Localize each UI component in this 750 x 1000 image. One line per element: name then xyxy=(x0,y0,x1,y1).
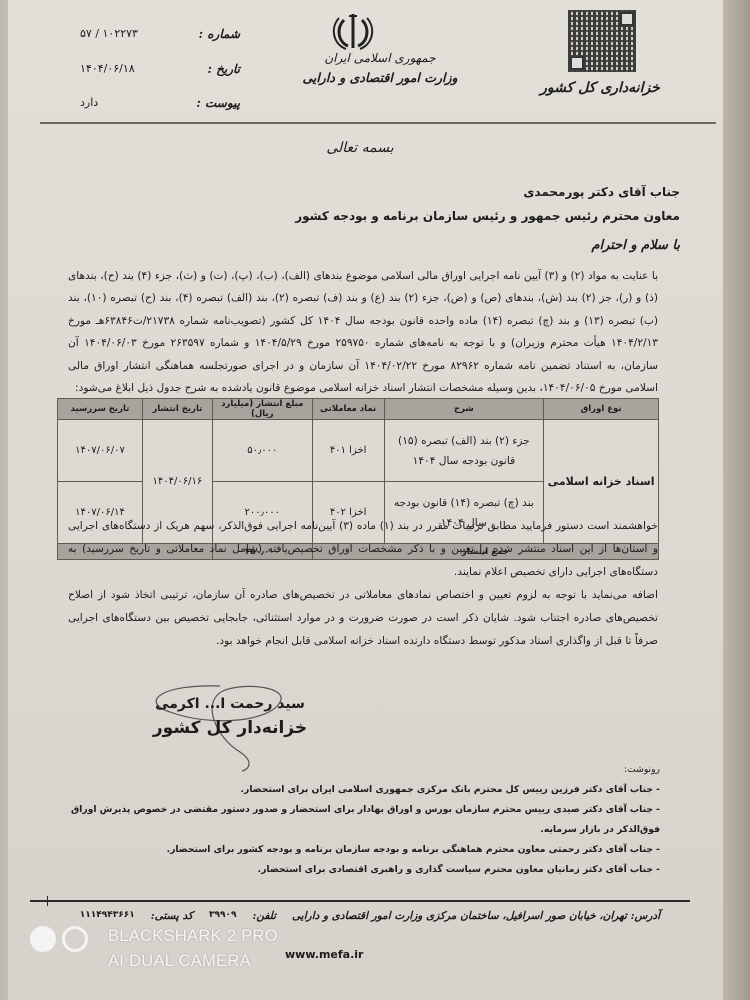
attachment-label: پیوست : xyxy=(196,96,240,110)
header-divider xyxy=(40,122,716,124)
cc-item: - جناب آقای دکتر فرزین رییس کل محترم بان… xyxy=(40,780,660,800)
republic-name: جمهوری اسلامی ایران xyxy=(290,50,470,66)
col-maturity: تاریخ سررسید xyxy=(58,399,143,420)
letter-number-row: شماره : ۵۷ / ۱۰۲۲۷۳ xyxy=(80,27,240,41)
attachment-value: دارد xyxy=(80,96,98,110)
ministry-name: وزارت امور اقتصادی و دارایی xyxy=(260,70,500,85)
recipient-name: جناب آقای دکتر پورمحمدی xyxy=(180,180,680,204)
phone-label: تلفن: xyxy=(252,910,276,922)
letter-number-label: شماره : xyxy=(199,27,240,41)
signatory-name: سید رحمت ا... اکرمی xyxy=(125,693,335,715)
qr-code xyxy=(568,10,636,72)
watermark-line-1: BLACKSHARK 2 PRO xyxy=(108,924,278,949)
letter-date-row: تاریخ : ۱۴۰۴/۰۶/۱۸ xyxy=(80,62,240,76)
footer-divider xyxy=(30,900,690,902)
signatory-title: خزانه‌دار کل کشور xyxy=(125,715,335,741)
postal-code-value: ۱۱۱۴۹۴۳۶۶۱ xyxy=(80,910,135,922)
cc-item: - جناب آقای دکتر زمانیان معاون محترم سیا… xyxy=(40,860,660,880)
table-header-row: نوع اوراق شرح نماد معاملاتی مبلغ انتشار … xyxy=(58,399,659,420)
col-amount: مبلغ انتشار (میلیارد ریال) xyxy=(212,399,312,420)
letter-date-value: ۱۴۰۴/۰۶/۱۸ xyxy=(80,62,135,76)
paragraph-intro: با عنایت به مواد (۲) و (۳) آیین نامه اجر… xyxy=(68,265,658,399)
cc-item: - جناب آقای دکتر رحمتی معاون محترم هماهن… xyxy=(40,840,660,860)
postal-label: کد پستی: xyxy=(151,910,193,922)
cc-list: رونوشت: - جناب آقای دکتر فرزین رییس کل م… xyxy=(40,760,660,880)
website-link[interactable]: www.mefa.ir xyxy=(285,948,363,961)
cc-title: رونوشت: xyxy=(40,760,660,780)
watermark-line-2: AI DUAL CAMERA xyxy=(108,949,278,974)
paragraph-note: اضافه می‌نماید با توجه به لزوم تعیین و ا… xyxy=(68,584,658,653)
recipient-title: معاون محترم رئیس جمهور و رئیس سازمان برن… xyxy=(180,204,680,228)
lens-ring-icon xyxy=(62,926,88,952)
letter-date-label: تاریخ : xyxy=(208,62,240,76)
bismillah: بسمه تعالی xyxy=(320,140,400,156)
table-row: اسناد خزانه اسلامی جزء (۲) بند (الف) تبص… xyxy=(58,420,659,482)
col-symbol: نماد معاملاتی xyxy=(312,399,384,420)
camera-watermark-text: BLACKSHARK 2 PRO AI DUAL CAMERA xyxy=(108,924,278,974)
letter-number-value: ۵۷ / ۱۰۲۲۷۳ xyxy=(80,27,138,41)
col-description: شرح xyxy=(384,399,544,420)
signature-block: سید رحمت ا... اکرمی خزانه‌دار کل کشور xyxy=(125,693,335,741)
cc-item: - جناب آقای دکتر صیدی رییس محترم سازمان … xyxy=(40,800,660,840)
col-issue-date: تاریخ انتشار xyxy=(142,399,212,420)
iran-emblem-icon xyxy=(330,12,376,52)
recipient-block: جناب آقای دکتر پورمحمدی معاون محترم رئیس… xyxy=(180,180,680,228)
phone-value: ۳۹۹۰۹ xyxy=(209,910,236,922)
description-cell: جزء (۲) بند (الف) تبصره (۱۵) قانون بودجه… xyxy=(384,420,544,482)
attachment-row: پیوست : دارد xyxy=(80,96,240,110)
greeting: با سلام و احترام xyxy=(591,238,680,253)
lens-filled-icon xyxy=(30,926,56,952)
paragraph-request: خواهشمند است دستور فرمایید مطابق ترتیبات… xyxy=(68,515,658,584)
maturity-cell: ۱۴۰۷/۰۶/۰۷ xyxy=(58,420,143,482)
amount-cell: ۵۰٫۰۰۰ xyxy=(212,420,312,482)
symbol-cell: اخزا ۴۰۱ xyxy=(312,420,384,482)
treasury-name: خزانه‌داری کل کشور xyxy=(540,80,660,96)
camera-watermark-icon xyxy=(30,926,88,952)
footer-address-row: آدرس: تهران، خیابان صور اسرافیل، ساختمان… xyxy=(40,910,660,922)
address-text: آدرس: تهران، خیابان صور اسرافیل، ساختمان… xyxy=(292,910,660,922)
col-bond-type: نوع اوراق xyxy=(544,399,659,420)
